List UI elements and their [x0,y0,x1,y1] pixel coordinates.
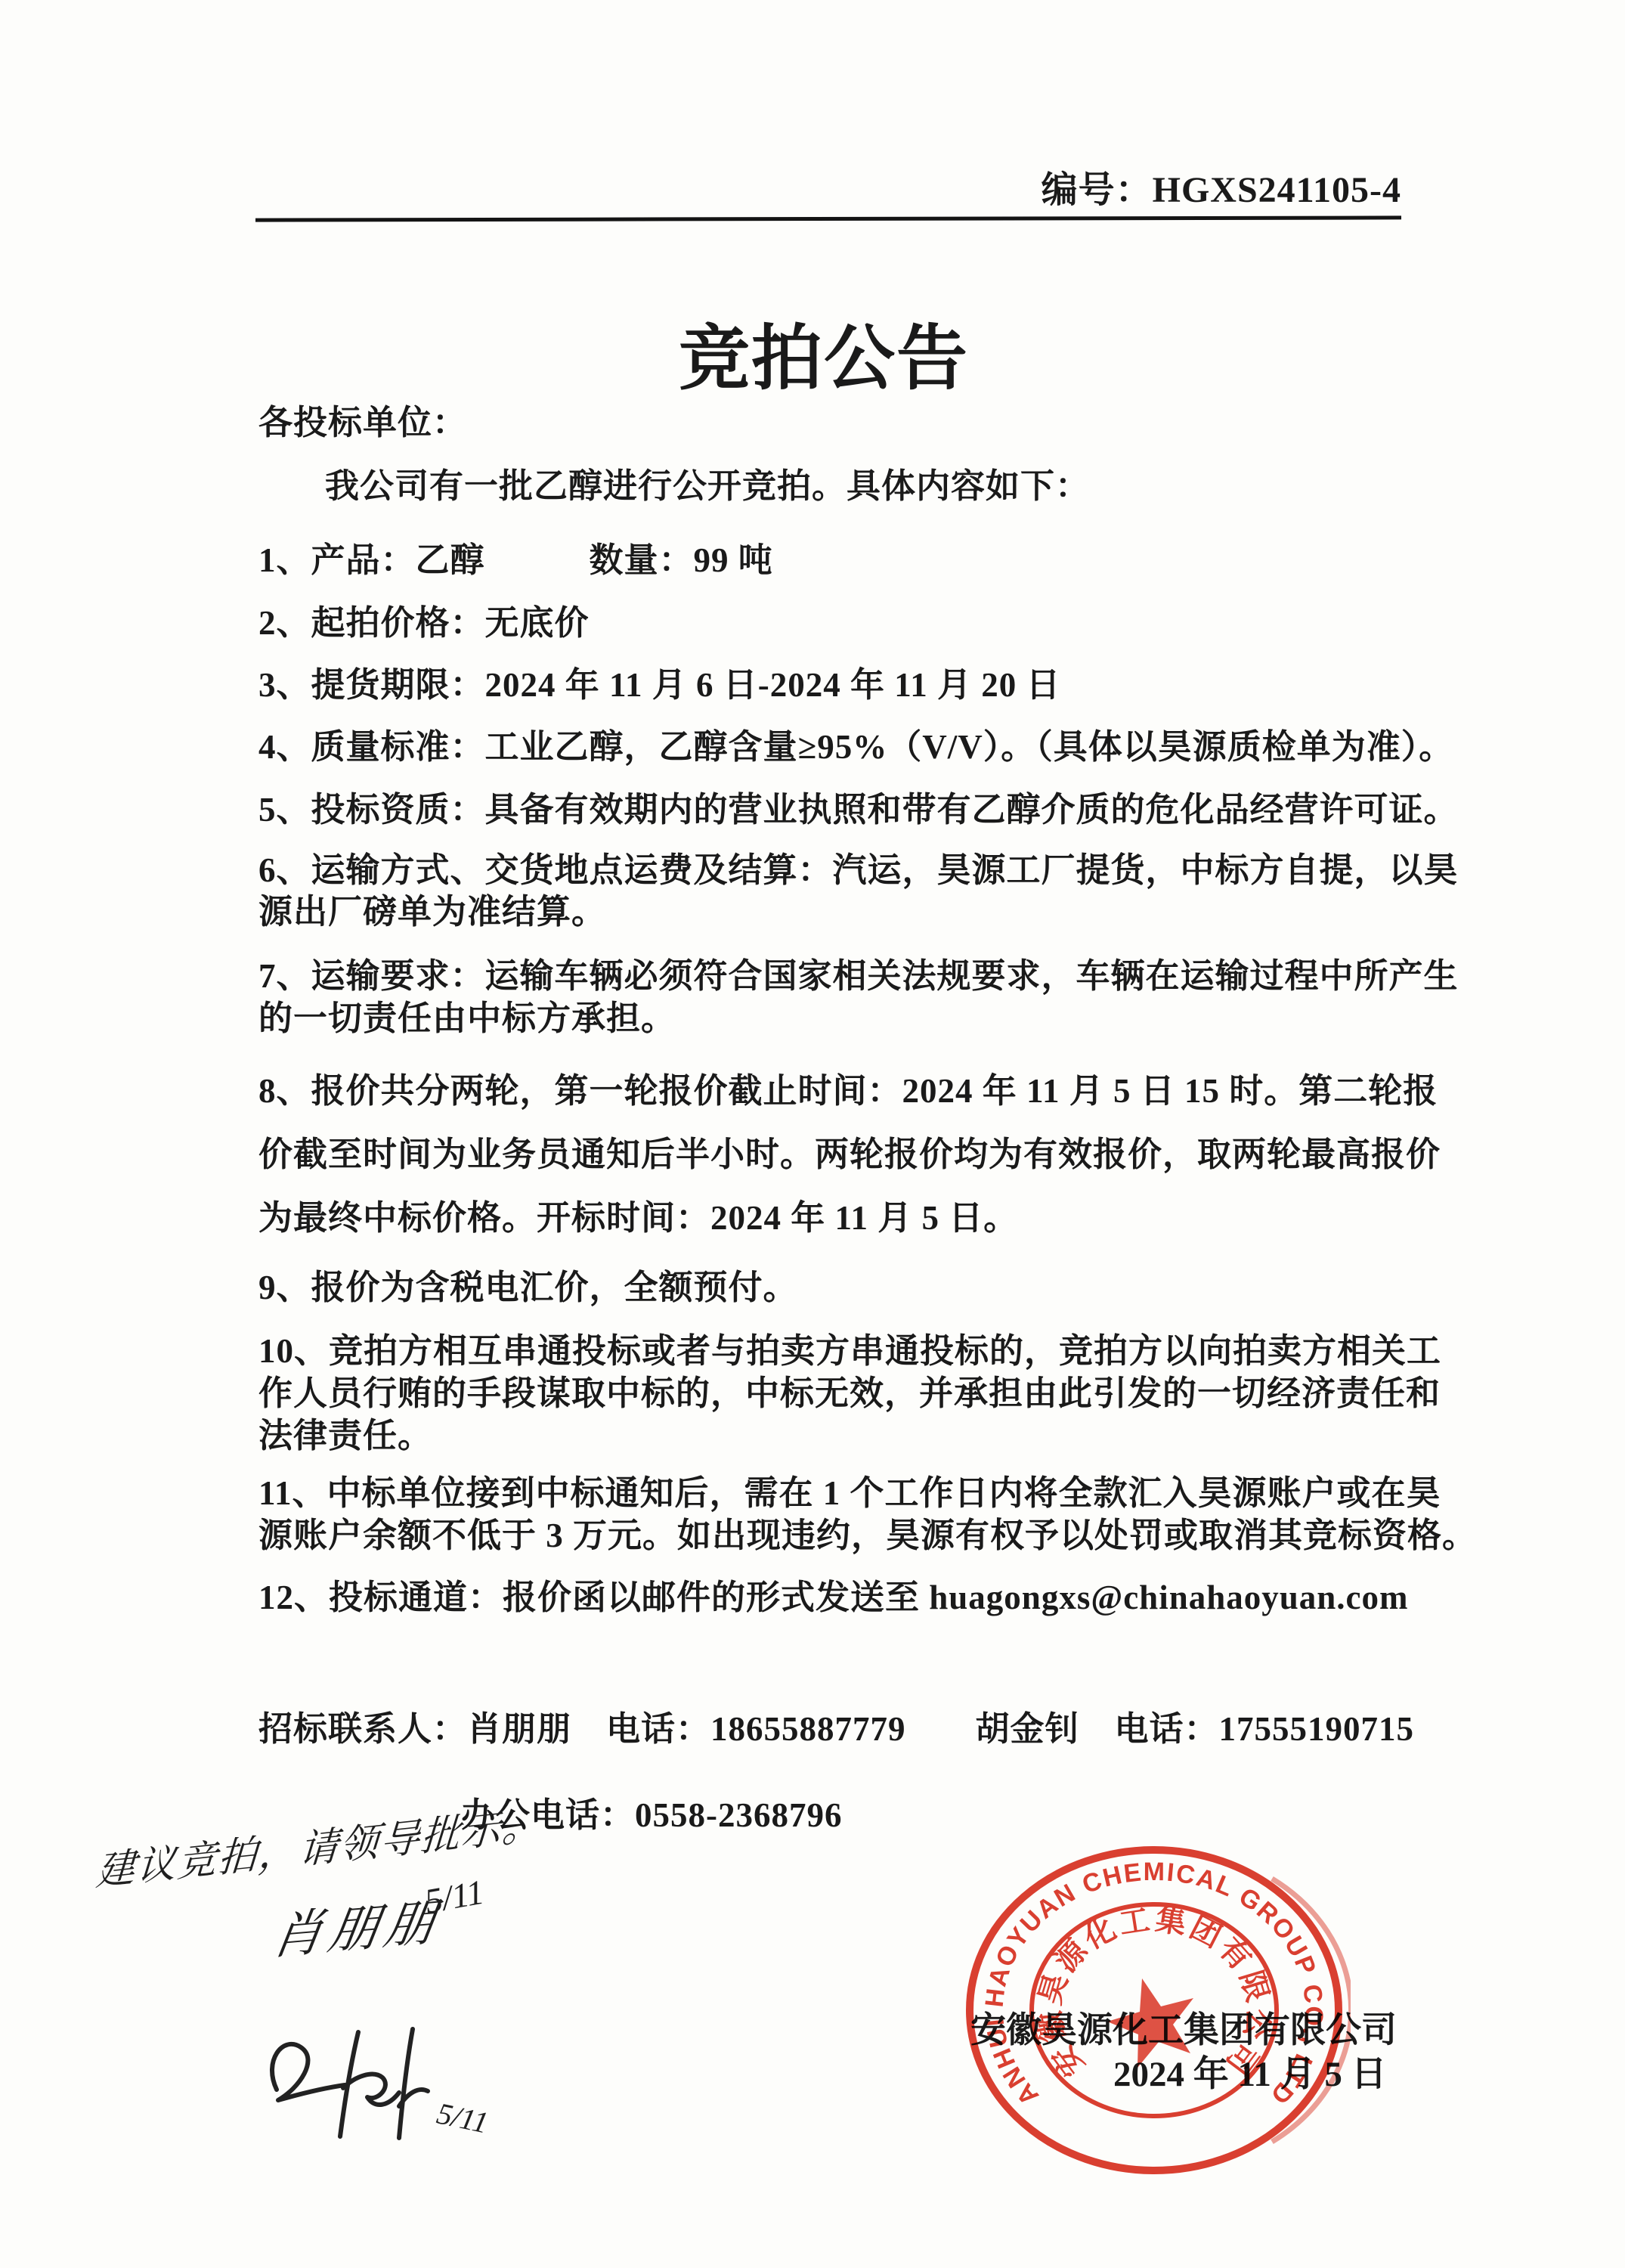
body-line-9: 9、报价为含税电汇价，全额预付。 [258,1269,798,1308]
company-seal: ANHUI HAOYUAN CHEMICAL GROUP CO., LTD 安徽… [958,1842,1351,2183]
body-line-8c: 为最终中标价格。开标时间：2024 年 11 月 5 日。 [258,1199,1018,1238]
body-line-4: 4、质量标准：工业乙醇，乙醇含量≥95%（V/V）。（具体以昊源质检单为准）。 [258,728,1453,767]
page-title: 竞拍公告 [0,321,1625,398]
seal-star [1107,1978,1193,2068]
scanned-document-page: 编号：HGXS241105-4 竞拍公告 各投标单位： 我公司有一批乙醇进行公开… [0,0,1625,2268]
contacts-line: 招标联系人：肖朋朋 电话：18655887779 胡金钊 电话：17555190… [258,1710,1414,1749]
signature-1-date: 5/11 [422,1872,487,1922]
body-line-10c: 法律责任。 [258,1417,432,1456]
body-line-6a: 6、运输方式、交货地点运费及结算：汽运，昊源工厂提货，中标方自提，以昊 [258,851,1459,891]
body-line-2: 2、起拍价格：无底价 [258,604,590,643]
body-line-10b: 作人员行贿的手段谋取中标的，中标无效，并承担由此引发的一切经济责任和 [258,1374,1441,1414]
body-line-8a: 8、报价共分两轮，第一轮报价截止时间：2024 年 11 月 5 日 15 时。… [258,1072,1438,1111]
header-rule-line [255,215,1401,222]
body-line-3: 3、提货期限：2024 年 11 月 6 日-2024 年 11 月 20 日 [258,666,1061,705]
body-line-6b: 源出厂磅单为准结算。 [258,893,606,932]
body-line-7a: 7、运输要求：运输车辆必须符合国家相关法规要求，车辆在运输过程中所产生 [258,957,1459,996]
doc-number: 编号：HGXS241105-4 [1042,160,1401,212]
body-line-7b: 的一切责任由中标方承担。 [258,999,676,1039]
body-line-10a: 10、竞拍方相互串通投标或者与拍卖方串通投标的，竞拍方以向拍卖方相关工 [258,1332,1441,1371]
body-line-1: 1、产品：乙醇 数量：99 吨 [258,541,773,581]
intro-line: 我公司有一批乙醇进行公开竞拍。具体内容如下： [325,467,1090,507]
salutation-line: 各投标单位： [258,404,467,443]
handwritten-signature-1: 肖朋朋 [268,1880,447,1968]
body-line-5: 5、投标资质：具备有效期内的营业执照和带有乙醇介质的危化品经营许可证。 [258,791,1459,830]
body-line-11a: 11、中标单位接到中标通知后，需在 1 个工作日内将全款汇入昊源账户或在昊 [258,1474,1441,1514]
seal-text-cn: 安徽昊源化工集团有限公司 [1032,1903,1276,2083]
body-line-12: 12、投标通道：报价函以邮件的形式发送至 huagongxs@chinahaoy… [258,1579,1409,1618]
seal-text-en: ANHUI HAOYUAN CHEMICAL GROUP CO., LTD [980,1857,1329,2111]
body-line-8b: 价截至时间为业务员通知后半小时。两轮报价均为有效报价，取两轮最高报价 [258,1136,1441,1175]
signature-scribble-stroke [272,2029,428,2138]
body-line-11b: 源账户余额不低于 3 万元。如出现违约，昊源有权予以处罚或取消其竞标资格。 [258,1517,1477,1556]
